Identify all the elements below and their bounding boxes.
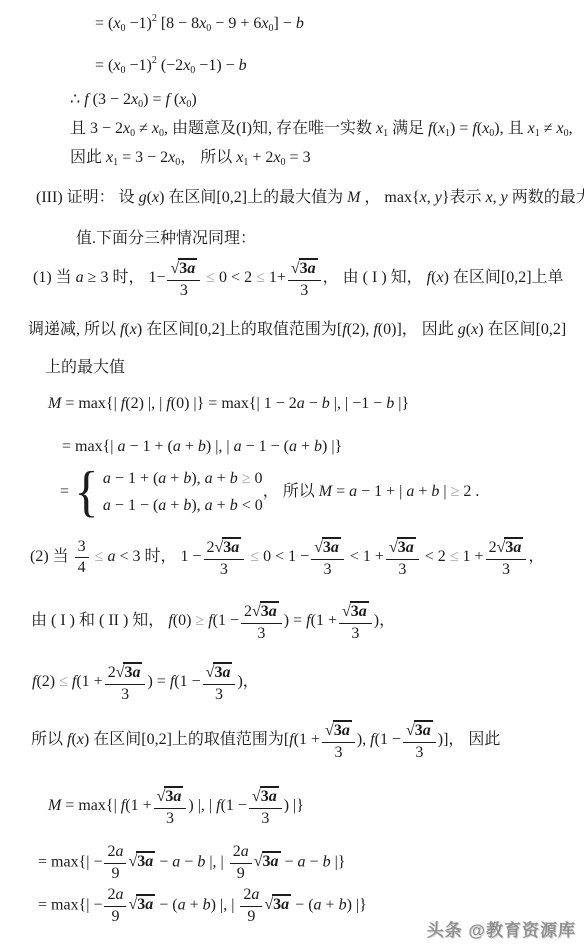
radical: √3a: [128, 896, 155, 913]
section-3-proof-intro: (III) 证明： 设 g(x) 在区间[0,2]上的最大值为 M ， max{…: [36, 188, 584, 208]
eq-M-max-2: = max{| a − 1 + (a + b) |, | a − 1 − (a …: [62, 437, 342, 457]
eq-M-max-3: M = max{| f(1 +√3a3) |, | f(1 −√3a3) |}: [48, 785, 304, 828]
case-1-range-2: 上的最大值: [45, 358, 125, 378]
case-1-condition: (1) 当 a ≥ 3 时， 1−√3a3 ≤ 0 < 2 ≤ 1+√3a3， …: [33, 257, 564, 300]
section-3-proof-intro-2: 值.下面分三种情况同理：: [76, 229, 256, 249]
fraction: √3a3: [311, 536, 344, 579]
fraction: 2a9: [104, 843, 126, 883]
case-2-f0: 由 ( I ) 和 ( II ) 知， f(0) ≥ f(1 −2√3a3) =…: [31, 600, 395, 643]
case-2-range: 所以 f(x) 在区间[0,2]上的取值范围为[f(1 +√3a3), f(1 …: [31, 719, 500, 762]
case-1-range: 调递减, 所以 f(x) 在区间[0,2]上的取值范围为[f(2), f(0)]…: [28, 320, 566, 340]
fraction: √3a3: [154, 785, 187, 828]
para-conclusion-x1: 因此 x1 = 3 − 2x0， 所以 x1 + 2x0 = 3: [70, 148, 311, 168]
eq-expand-step-1: = (x0 −1)2 [8 − 8x0 − 9 + 6x0] − b: [95, 14, 304, 34]
fraction: √3a3: [167, 257, 200, 300]
radical: √3a: [389, 539, 416, 556]
fraction: 2√3a3: [241, 600, 282, 643]
radical: √3a: [342, 603, 369, 620]
eq-M-cases: = {a − 1 + (a + b), a + b ≥ 0a − 1 − (a …: [60, 467, 479, 517]
radical: √3a: [252, 788, 279, 805]
fraction: √3a3: [249, 785, 282, 828]
fraction: 2a9: [230, 843, 252, 883]
para-uniqueness: 且 3 − 2x0 ≠ x0, 由题意及(I)知, 存在唯一实数 x1 满足 f…: [70, 119, 573, 139]
eq-M-max-4: = max{| −2a9√3a − a − b |, | 2a9√3a − a …: [38, 843, 345, 883]
fraction: √3a3: [403, 719, 436, 762]
fraction: 2a9: [104, 886, 126, 926]
radical: √3a: [406, 722, 433, 739]
radical: √3a: [128, 853, 155, 870]
fraction: 34: [75, 538, 89, 578]
fraction: 2√3a3: [105, 661, 146, 704]
fraction: √3a3: [339, 600, 372, 643]
math-solution-document: = (x0 −1)2 [8 − 8x0 − 9 + 6x0] − b= (x0 …: [0, 0, 584, 951]
fraction: √3a3: [386, 536, 419, 579]
fraction: 2√3a3: [204, 536, 245, 579]
radical: √3a: [215, 539, 242, 556]
watermark-text: 头条 @教育资源库: [427, 916, 576, 941]
radical: √3a: [264, 896, 291, 913]
case-2-f2: f(2) ≤ f(1 +2√3a3) = f(1 −√3a3)，: [32, 661, 259, 704]
eq-therefore: ∴ f (3 − 2x0) = f (x0): [70, 90, 197, 110]
radical: √3a: [252, 603, 279, 620]
radical: √3a: [170, 260, 197, 277]
radical: √3a: [206, 664, 233, 681]
eq-M-max-5: = max{| −2a9√3a − (a + b) |, | 2a9√3a − …: [38, 886, 367, 926]
radical: √3a: [157, 788, 184, 805]
fraction: 2√3a3: [486, 536, 527, 579]
radical: √3a: [314, 539, 341, 556]
eq-M-max-1: M = max{| f(2) |, | f(0) |} = max{| 1 − …: [48, 394, 409, 414]
radical: √3a: [325, 722, 352, 739]
eq-expand-step-2: = (x0 −1)2 (−2x0 −1) − b: [95, 56, 247, 76]
fraction: √3a3: [322, 719, 355, 762]
fraction: 2a9: [240, 886, 262, 926]
radical: √3a: [254, 853, 281, 870]
case-2-condition: (2) 当 34 ≤ a < 3 时， 1 −2√3a3 ≤ 0 < 1 −√3…: [30, 536, 544, 579]
radical: √3a: [116, 664, 143, 681]
fraction: √3a3: [288, 257, 321, 300]
left-brace: {: [74, 467, 98, 517]
fraction: √3a3: [203, 661, 236, 704]
cases-group: {a − 1 + (a + b), a + b ≥ 0a − 1 − (a + …: [73, 467, 263, 517]
radical: √3a: [291, 260, 318, 277]
radical: √3a: [497, 539, 524, 556]
